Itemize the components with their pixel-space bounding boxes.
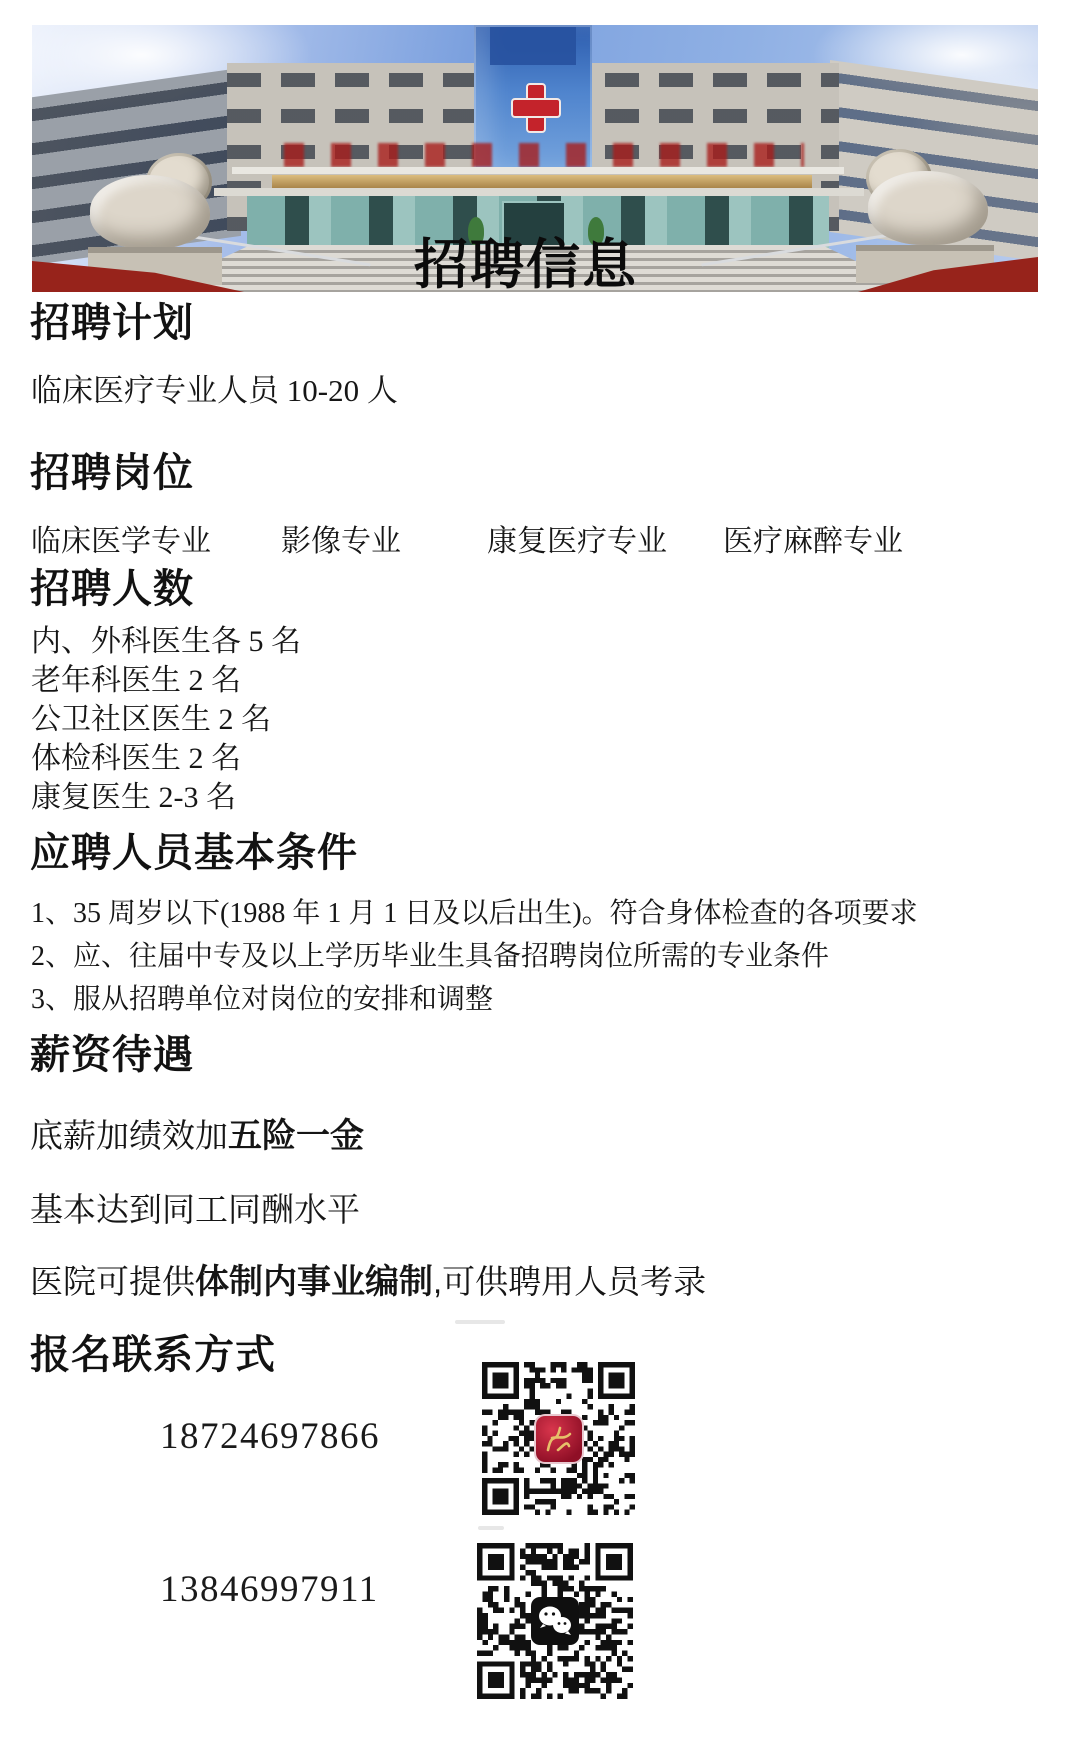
building-sign-calligraphy xyxy=(284,143,804,167)
qr-code-contact-2[interactable] xyxy=(477,1542,633,1700)
headcount-item: 内、外科医生各 5 名 xyxy=(31,622,301,661)
headcount-item: 公卫社区医生 2 名 xyxy=(31,700,301,739)
requirements-list: 1、35 周岁以下(1988 年 1 月 1 日及以后出生)。符合身体检查的各项… xyxy=(31,892,918,1021)
seal-icon xyxy=(536,1416,582,1462)
salary-text: 医院可提供 xyxy=(30,1263,195,1300)
position-item: 临床医学专业 xyxy=(31,516,211,560)
stone-lion-left xyxy=(90,153,218,249)
qr-code-contact-1[interactable] xyxy=(482,1362,635,1515)
salary-text-bold: 五险一金 xyxy=(228,1117,364,1155)
salary-line: 底薪加绩效加五险一金 xyxy=(30,1108,364,1157)
section-heading-plan: 招聘计划 xyxy=(30,300,194,346)
hospital-photo: 招聘信息 xyxy=(32,25,1038,292)
salary-text: 底薪加绩效加 xyxy=(30,1117,228,1154)
divider-dash xyxy=(478,1526,504,1530)
position-item: 医疗麻醉专业 xyxy=(723,516,903,560)
section-heading-headcount: 招聘人数 xyxy=(30,566,194,612)
headcount-item: 体检科医生 2 名 xyxy=(31,739,301,778)
headcount-list: 内、外科医生各 5 名 老年科医生 2 名 公卫社区医生 2 名 体检科医生 2… xyxy=(31,622,301,817)
positions-row: 临床医学专业 影像专业 康复医疗专业 医疗麻醉专业 xyxy=(31,516,903,560)
gold-canopy xyxy=(272,175,812,188)
salary-text: ,可供聘用人员考录 xyxy=(433,1263,706,1300)
salary-text-bold: 体制内事业编制 xyxy=(195,1263,433,1301)
floor-slab xyxy=(214,188,864,196)
headcount-item: 康复医生 2-3 名 xyxy=(31,778,301,817)
glass-tower-top xyxy=(490,27,576,65)
building-ledge xyxy=(232,167,844,174)
stone-lion-right xyxy=(860,149,988,245)
section-heading-salary: 薪资待遇 xyxy=(30,1032,194,1078)
section-heading-requirements: 应聘人员基本条件 xyxy=(30,830,358,876)
recruitment-poster: 招聘信息 招聘计划 临床医疗专业人员 10-20 人 招聘岗位 临床医学专业 影… xyxy=(0,0,1070,1737)
requirement-item: 2、应、往届中专及以上学历毕业生具备招聘岗位所需的专业条件 xyxy=(31,935,918,978)
wechat-icon xyxy=(531,1597,579,1645)
contact-phone-1[interactable]: 18724697866 xyxy=(160,1415,380,1458)
requirement-item: 3、服从招聘单位对岗位的安排和调整 xyxy=(31,978,918,1021)
page-title: 招聘信息 xyxy=(414,238,638,292)
position-item: 影像专业 xyxy=(281,516,401,560)
requirement-item: 1、35 周岁以下(1988 年 1 月 1 日及以后出生)。符合身体检查的各项… xyxy=(31,892,918,935)
salary-text: 基本达到同工同酬水平 xyxy=(30,1191,360,1228)
section-heading-contact: 报名联系方式 xyxy=(30,1332,276,1378)
headcount-item: 老年科医生 2 名 xyxy=(31,661,301,700)
salary-line: 医院可提供体制内事业编制,可供聘用人员考录 xyxy=(30,1254,706,1303)
divider-dash xyxy=(455,1320,505,1324)
salary-line: 基本达到同工同酬水平 xyxy=(30,1184,360,1231)
contact-phone-2[interactable]: 13846997911 xyxy=(160,1568,379,1611)
section-heading-positions: 招聘岗位 xyxy=(30,450,194,496)
plan-body: 临床医疗专业人员 10-20 人 xyxy=(31,372,398,409)
position-item: 康复医疗专业 xyxy=(487,516,667,560)
red-cross-icon xyxy=(511,83,557,129)
